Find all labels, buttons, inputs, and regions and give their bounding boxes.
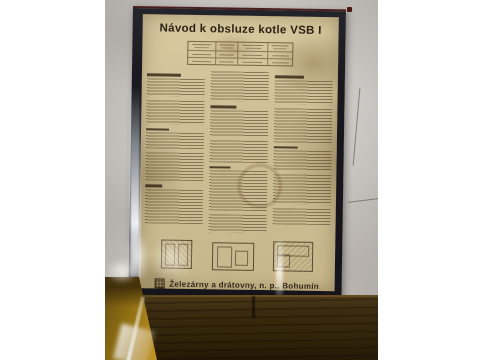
diagram-detail	[216, 246, 231, 267]
section-heading	[210, 105, 236, 108]
wall-scratch	[353, 88, 361, 166]
wall-scratch	[348, 198, 378, 203]
manufacturer-text: Železárny a drátovny, n. p., Bohumín	[169, 279, 319, 290]
section-heading	[274, 146, 298, 149]
pin-mark	[347, 7, 352, 12]
text-paragraph	[211, 71, 269, 102]
text-paragraph	[145, 152, 203, 181]
section-heading	[275, 75, 304, 78]
text-paragraph	[273, 174, 331, 205]
section-heading	[209, 166, 230, 169]
text-paragraph	[209, 170, 268, 211]
text-paragraph	[147, 78, 205, 97]
text-column	[272, 72, 333, 235]
photo-of-boiler-manual: Návod k obsluze kotle VSB I	[105, 0, 378, 360]
zdb-emblem-icon	[154, 278, 164, 288]
manufacturer-line: Železárny a drátovny, n. p., Bohumín	[139, 278, 335, 291]
section-heading	[147, 73, 181, 76]
text-paragraph	[274, 80, 332, 105]
boiler-diagram-2	[211, 242, 253, 271]
manual-title: Návod k obsluze kotle VSB I	[143, 22, 339, 37]
boiler-diagram-3	[273, 241, 313, 272]
spec-table-header-cell	[188, 42, 216, 51]
spec-table-cell	[238, 59, 268, 65]
spec-table-cell	[268, 59, 292, 65]
text-paragraph	[273, 208, 331, 225]
photo-canvas: Návod k obsluze kotle VSB I	[0, 0, 480, 360]
text-paragraph	[210, 110, 268, 137]
section-heading	[146, 128, 169, 131]
text-column	[208, 71, 269, 234]
spec-table-header-cell	[216, 42, 238, 51]
wood-shadow-mark	[252, 296, 255, 318]
boiler-diagram-1	[161, 239, 192, 268]
spec-table-header-cell	[268, 43, 292, 52]
spec-table	[187, 41, 293, 67]
text-paragraph	[273, 150, 331, 171]
diagram-detail	[277, 254, 290, 267]
text-paragraph	[274, 108, 333, 143]
spec-table-cell	[216, 58, 238, 64]
text-column	[144, 70, 205, 233]
manual-paper: Návod k obsluze kotle VSB I	[139, 14, 339, 291]
figures-row	[161, 239, 313, 273]
diagram-detail	[234, 251, 247, 266]
text-paragraph	[145, 189, 204, 224]
spec-table-cell	[188, 58, 216, 64]
text-paragraph	[146, 132, 204, 149]
text-paragraph	[146, 100, 204, 125]
diagram-detail	[165, 244, 175, 266]
diagram-detail	[178, 244, 188, 266]
text-paragraph	[210, 140, 268, 163]
text-paragraph	[208, 214, 266, 233]
body-text-columns	[144, 70, 333, 235]
document-sleeve: Návod k obsluze kotle VSB I	[128, 6, 346, 299]
spec-table-header-cell	[238, 43, 268, 52]
section-heading	[145, 184, 162, 187]
